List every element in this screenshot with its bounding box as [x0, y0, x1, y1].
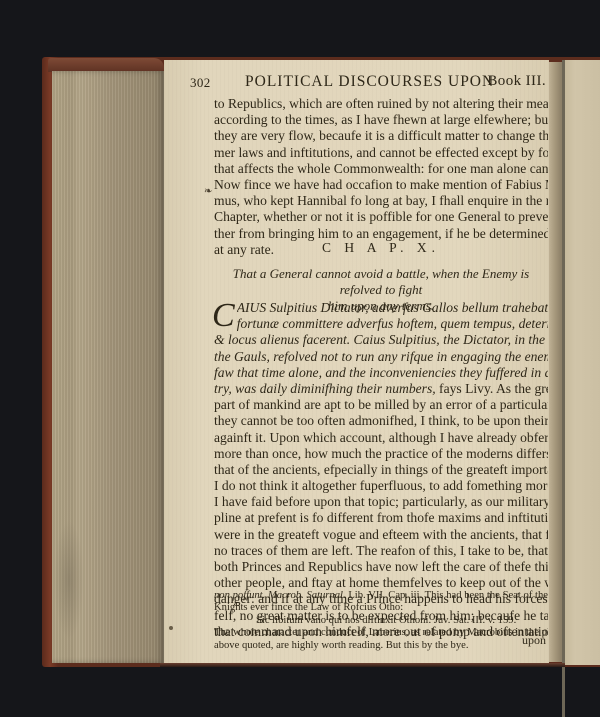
gutter-shadow-line	[562, 60, 565, 717]
footnote-line: above quoted, are highly worth reading. …	[214, 640, 548, 652]
book-gutter	[549, 62, 562, 662]
text-line: were in the greateft vogue and efteem wi…	[214, 527, 548, 543]
text-line: Chapter, whether or not it is poffible f…	[214, 209, 548, 225]
text-line: other people, and ftay at home themfelve…	[214, 575, 548, 591]
text-line: the Gauls, refolved not to run any rifqu…	[214, 349, 548, 365]
page-bottom-edge	[160, 663, 565, 667]
page-number: 302	[190, 75, 211, 91]
catchword: upon	[522, 633, 546, 648]
text-line: part of mankind are apt to be milled by …	[214, 397, 548, 413]
drop-cap: C	[212, 302, 235, 330]
chapter-body: C AIUS Sulpitius Dictator, adverfus Gall…	[214, 300, 548, 640]
cover-top-edge	[48, 58, 164, 72]
text-line: no traces of them are left. The reafon o…	[214, 543, 548, 559]
footnote-citation: non poffunt. Macrob. Saturnal.	[214, 590, 346, 601]
text-line: try, was daily diminifhing their numbers…	[214, 381, 548, 397]
text-line: that affects the whole Commonwealth: for…	[214, 161, 548, 177]
quote-end: try, was daily diminifhing their numbers…	[214, 381, 436, 396]
paper-speck	[169, 626, 173, 630]
running-head: 302 POLITICAL DISCOURSES UPON Book III.	[190, 73, 546, 91]
text-line: according to the times, as I have fhewn …	[214, 112, 548, 128]
text-line: AIUS Sulpitius Dictator, adverfus Gallos…	[237, 300, 548, 316]
footnote-quote: Sic libitum vano qui nos diftinxit Othon…	[214, 615, 548, 627]
opening-paragraph: to Republics, which are often ruined by …	[214, 96, 548, 258]
text-line: they are very flow, becaufe it is a diff…	[214, 128, 548, 144]
text-line: both Princes and Republics have now left…	[214, 559, 548, 575]
book-label: Book III.	[487, 73, 546, 90]
text-line: mer laws and inftitutions, and cannot be…	[214, 145, 548, 161]
text-line: Now fince we have had occafion to make m…	[214, 177, 548, 193]
text-line: I have faid before upon that topic; part…	[214, 494, 548, 510]
footnote-line: The whole character and conduct of Laber…	[214, 627, 548, 639]
text-line: they cannot be too often admonifhed, I t…	[214, 413, 548, 429]
margin-mark-icon: ❧	[204, 186, 212, 197]
attribution: fays Livy. As the greater	[436, 381, 548, 396]
book-page: 302 POLITICAL DISCOURSES UPON Book III. …	[164, 60, 549, 664]
text-line: againft it. Upon which account, although…	[214, 430, 548, 446]
text-line: faw that time alone, and the inconvenien…	[214, 365, 548, 381]
text-line: that of the ancients, efpecially in thin…	[214, 462, 548, 478]
text-line: mus, who kept Hannibal fo long at bay, I…	[214, 193, 548, 209]
chapter-heading: C H A P. X.	[214, 240, 548, 256]
running-title: POLITICAL DISCOURSES UPON	[245, 73, 494, 91]
text-line: I do not think it altogether fuperfluous…	[214, 478, 548, 494]
text-line: more than once, how much the practice of…	[214, 446, 548, 462]
text-line: pline at prefent is fo different from th…	[214, 510, 548, 526]
chapter-summary-line: That a General cannot avoid a battle, wh…	[214, 266, 548, 298]
text-line: to Republics, which are often ruined by …	[214, 96, 548, 112]
footnote-line: non poffunt. Macrob. Saturnal. Lib. VII.…	[214, 590, 548, 602]
footnote-line: Knights ever fince the Law of Rofcius Ot…	[214, 602, 548, 614]
text-line: fortunæ committere adverfus hoftem, quem…	[237, 316, 548, 332]
facing-page-edge	[565, 60, 600, 665]
page-stain	[54, 520, 84, 640]
text-line: & locus alienus facerent. Caius Sulpitiu…	[214, 332, 548, 348]
footnotes: non poffunt. Macrob. Saturnal. Lib. VII.…	[214, 590, 548, 652]
footnote-text: Lib. VII. Cap. iii. This had been the Se…	[346, 590, 548, 601]
